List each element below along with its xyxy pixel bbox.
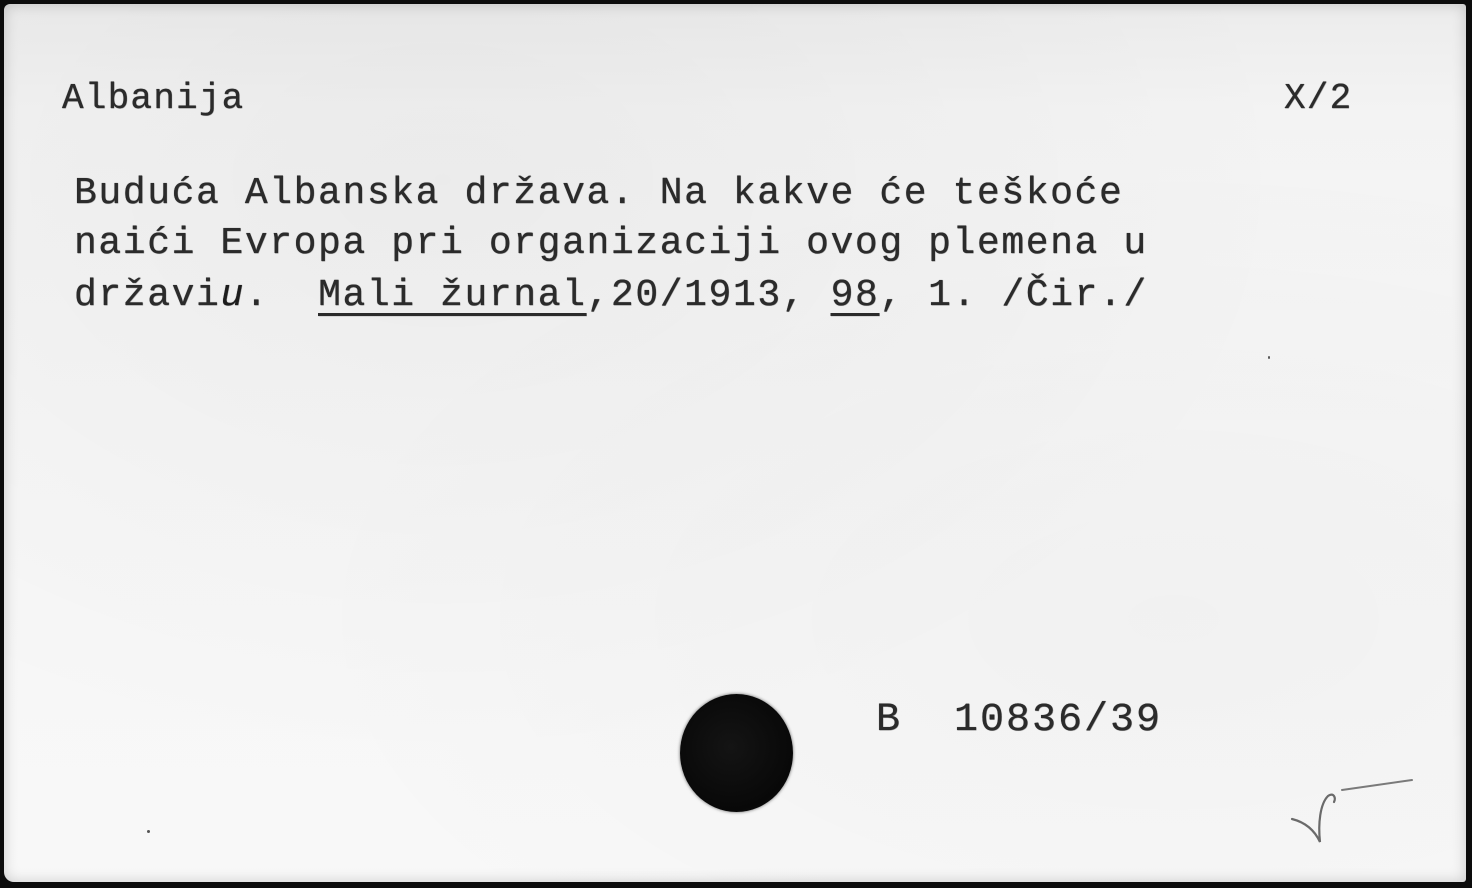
entry-line-2: naići Evropa pri organizaciji ovog pleme… [74, 222, 1148, 265]
catalog-card: Albanija X/2 Buduća Albanska država. Na … [4, 4, 1466, 882]
checkmark-scribble-icon [1284, 774, 1424, 864]
entry-line-3: državiu. Mali žurnal,20/1913, 98, 1. /Či… [74, 274, 1148, 317]
call-number: B 10836/39 [876, 698, 1162, 743]
punch-hole-icon [680, 694, 793, 812]
shelfmark: X/2 [1284, 78, 1352, 119]
source-title: Mali žurnal [318, 274, 586, 317]
source-issue: ,20/1913, [587, 274, 831, 317]
entry-text-rest: , 1. [879, 274, 1001, 317]
paper-speck [1268, 356, 1270, 359]
script-note: /Čir./ [1001, 274, 1147, 317]
paper-speck [147, 830, 150, 833]
entry-line-1: Buduća Albanska država. Na kakve će tešk… [74, 172, 1123, 215]
page-number: 98 [831, 274, 880, 317]
handwritten-correction: u [220, 274, 244, 317]
entry-punctuation: . [245, 274, 318, 317]
call-number-value: 10836/39 [954, 698, 1162, 743]
call-number-prefix: B [876, 698, 902, 743]
subject-heading: Albanija [62, 78, 244, 119]
entry-text: državi [74, 274, 220, 317]
